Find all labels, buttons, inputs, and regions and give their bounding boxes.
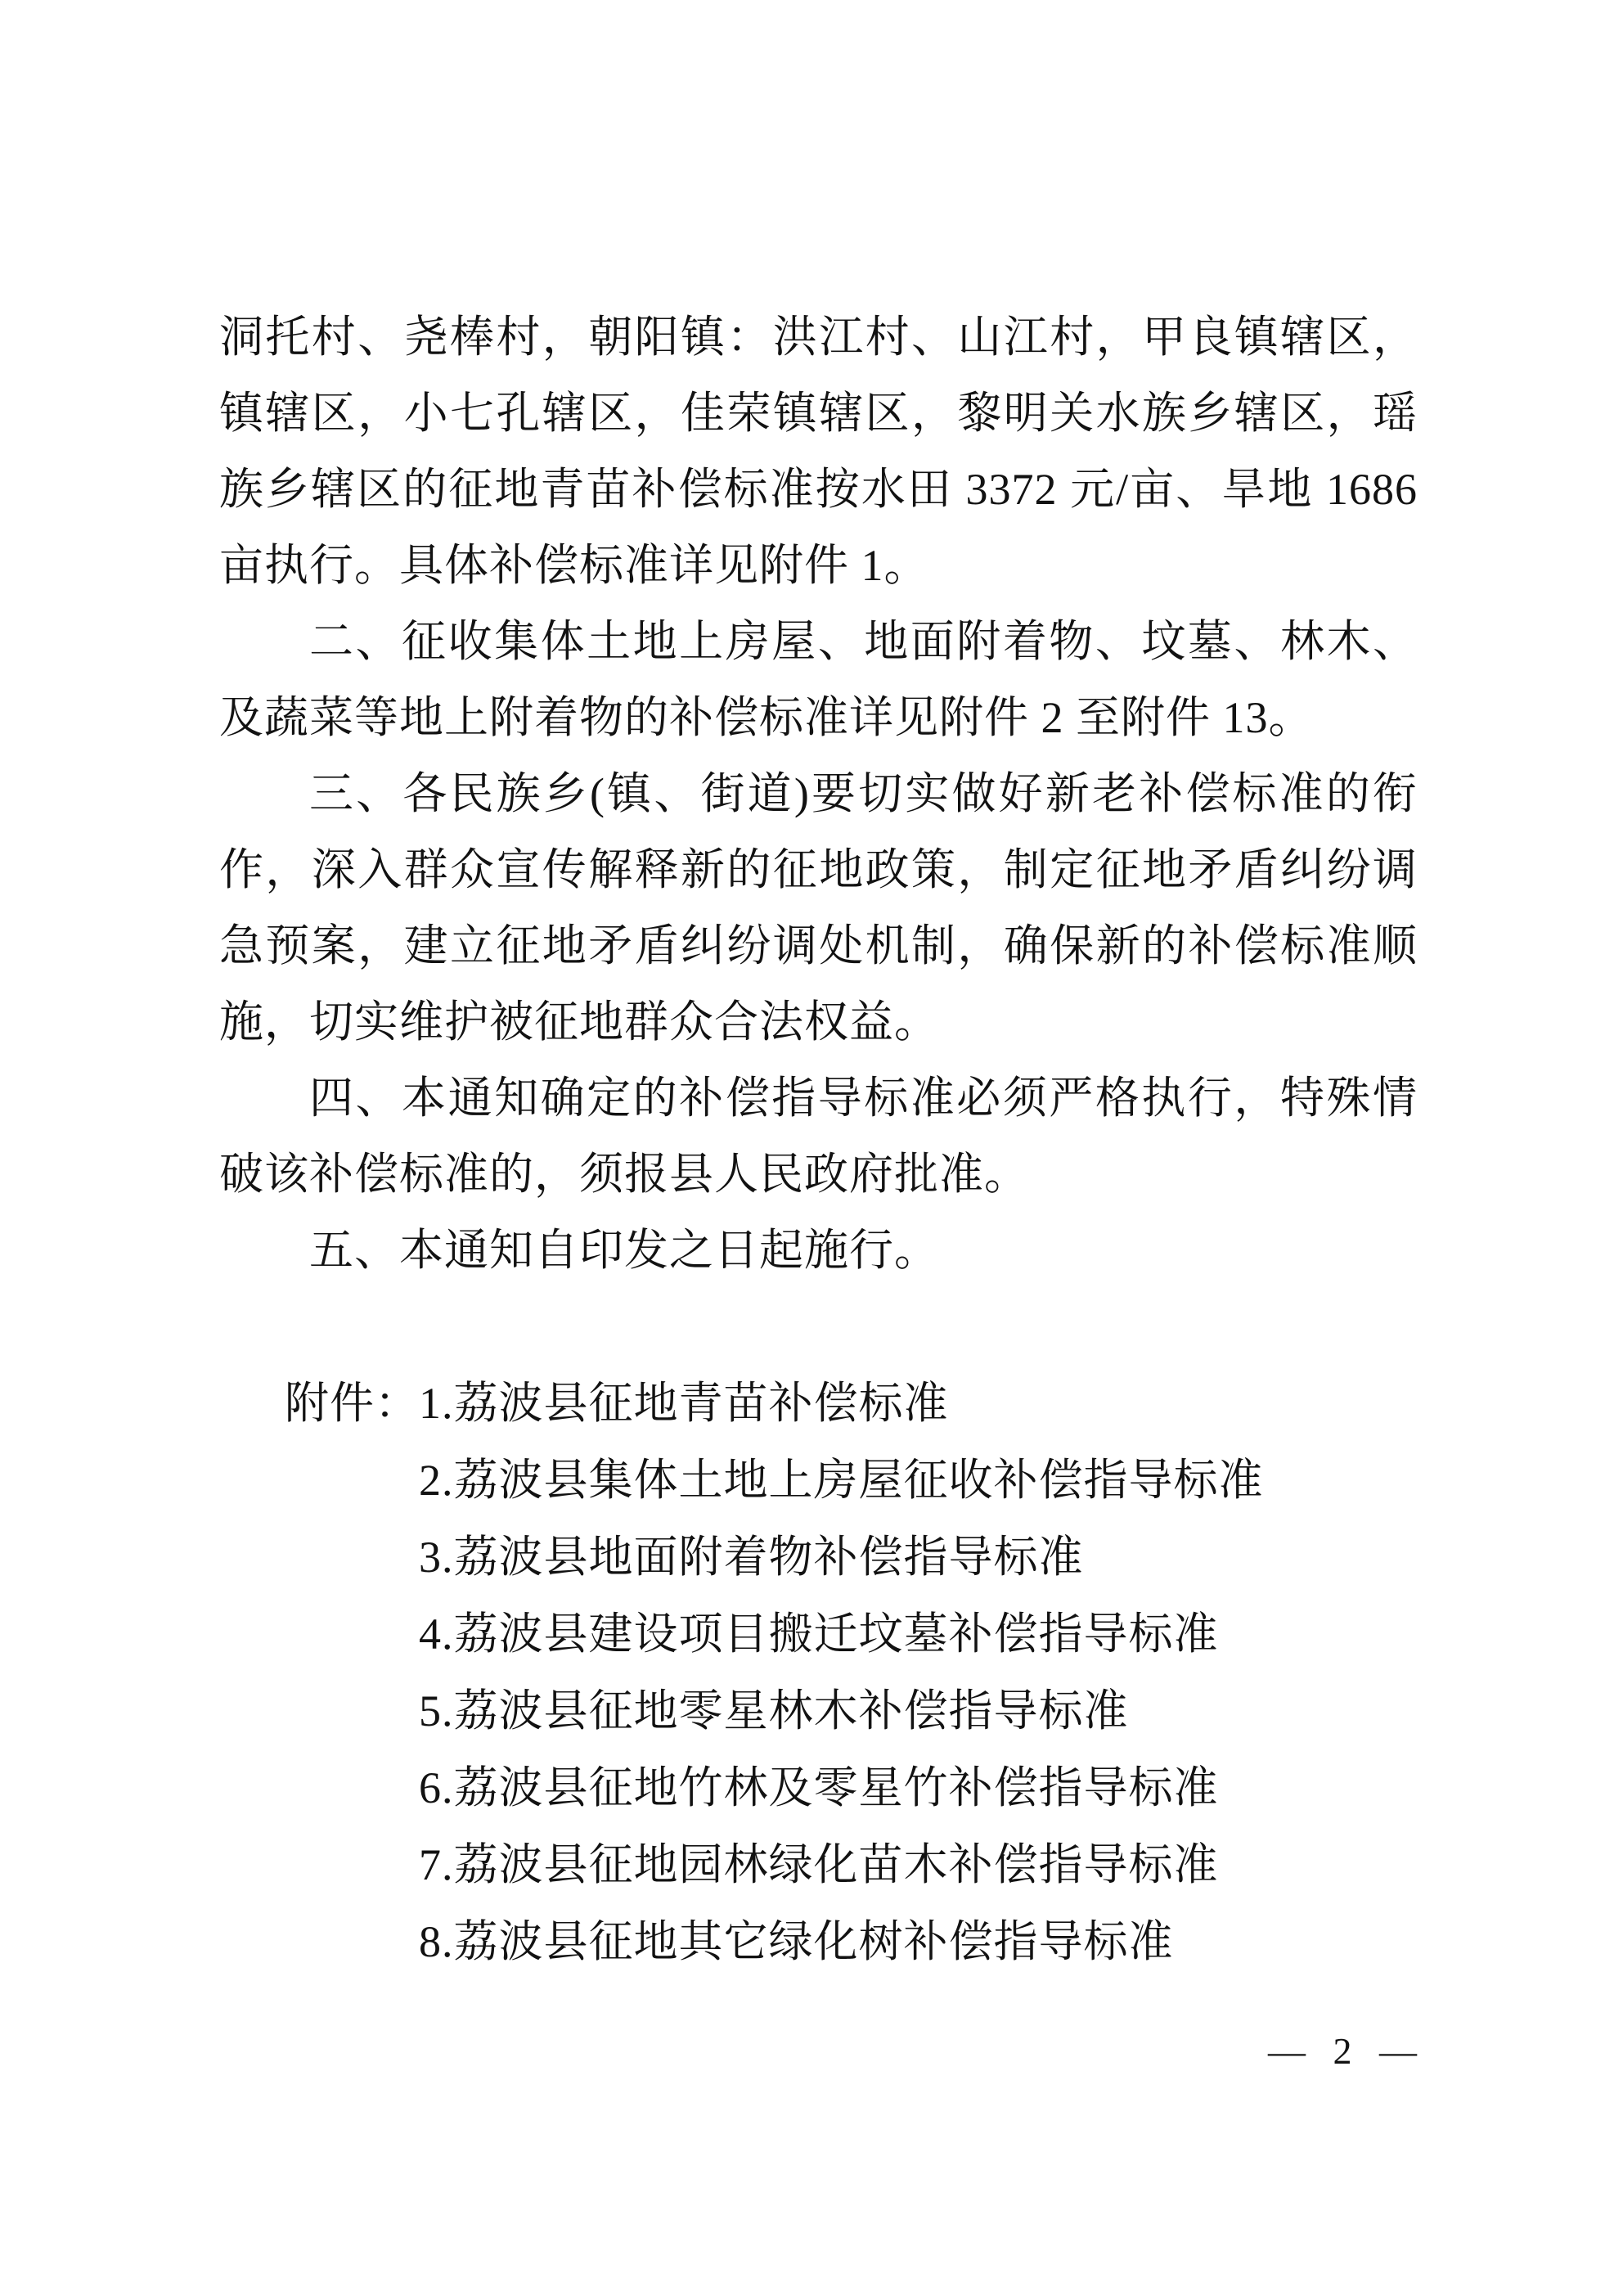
body-paragraphs: 洞托村、尧棒村，朝阳镇：洪江村、山江村，甲良镇辖区，茂兰 镇辖区，小七孔辖区，佳… (219, 299, 1418, 1365)
attachments-section: 附件： 1.荔波县征地青苗补偿标准 2.荔波县集体土地上房屋征收补偿指导标准 3… (219, 1365, 1418, 1980)
document-page: 洞托村、尧棒村，朝阳镇：洪江村、山江村，甲良镇辖区，茂兰 镇辖区，小七孔辖区，佳… (0, 0, 1623, 2296)
body-line: 二、征收集体土地上房屋、地面附着物、坟墓、林木、果树 (219, 604, 1418, 680)
body-line: 族乡辖区的征地青苗补偿标准按水田 3372 元/亩、旱地 1686 元/ (219, 452, 1418, 528)
body-line: 施，切实维护被征地群众合法权益。 (219, 984, 1418, 1060)
body-line: 镇辖区，小七孔辖区，佳荣镇辖区，黎明关水族乡辖区，瑶山瑶 (219, 376, 1418, 452)
attachment-item: 5.荔波县征地零星林木补偿指导标准 (219, 1672, 1418, 1749)
body-line: 急预案，建立征地矛盾纠纷调处机制，确保新的补偿标准顺利实 (219, 908, 1418, 984)
body-line: 作，深入群众宣传解释新的征地政策，制定征地矛盾纠纷调处应 (219, 832, 1418, 908)
body-line: 及蔬菜等地上附着物的补偿标准详见附件 2 至附件 13。 (219, 680, 1418, 756)
document-body: 洞托村、尧棒村，朝阳镇：洪江村、山江村，甲良镇辖区，茂兰 镇辖区，小七孔辖区，佳… (219, 299, 1418, 1980)
attachment-item: 7.荔波县征地园林绿化苗木补偿指导标准 (219, 1826, 1418, 1903)
attachments-label: 附件： (285, 1365, 420, 1442)
body-line: 洞托村、尧棒村，朝阳镇：洪江村、山江村，甲良镇辖区，茂兰 (219, 299, 1418, 376)
body-line: 破该补偿标准的，须报县人民政府批准。 (219, 1137, 1418, 1213)
attachment-item: 8.荔波县征地其它绿化树补偿指导标准 (219, 1903, 1418, 1980)
body-line: 四、本通知确定的补偿指导标准必须严格执行，特殊情况突 (219, 1060, 1418, 1137)
attachment-item: 4.荔波县建设项目搬迁坟墓补偿指导标准 (219, 1596, 1418, 1672)
body-line (219, 1289, 1418, 1365)
attachment-item: 2.荔波县集体土地上房屋征收补偿指导标准 (219, 1442, 1418, 1519)
body-line: 亩执行。具体补偿标准详见附件 1。 (219, 528, 1418, 604)
page-number: — 2 — (1268, 2023, 1423, 2080)
attachment-item: 6.荔波县征地竹林及零星竹补偿指导标准 (219, 1749, 1418, 1826)
attachments-list: 1.荔波县征地青苗补偿标准 2.荔波县集体土地上房屋征收补偿指导标准 3.荔波县… (219, 1365, 1418, 1980)
attachment-item: 3.荔波县地面附着物补偿指导标准 (219, 1519, 1418, 1596)
body-line: 五、本通知自印发之日起施行。 (219, 1213, 1418, 1289)
body-line: 三、各民族乡(镇、街道)要切实做好新老补偿标准的衔接工 (219, 756, 1418, 832)
